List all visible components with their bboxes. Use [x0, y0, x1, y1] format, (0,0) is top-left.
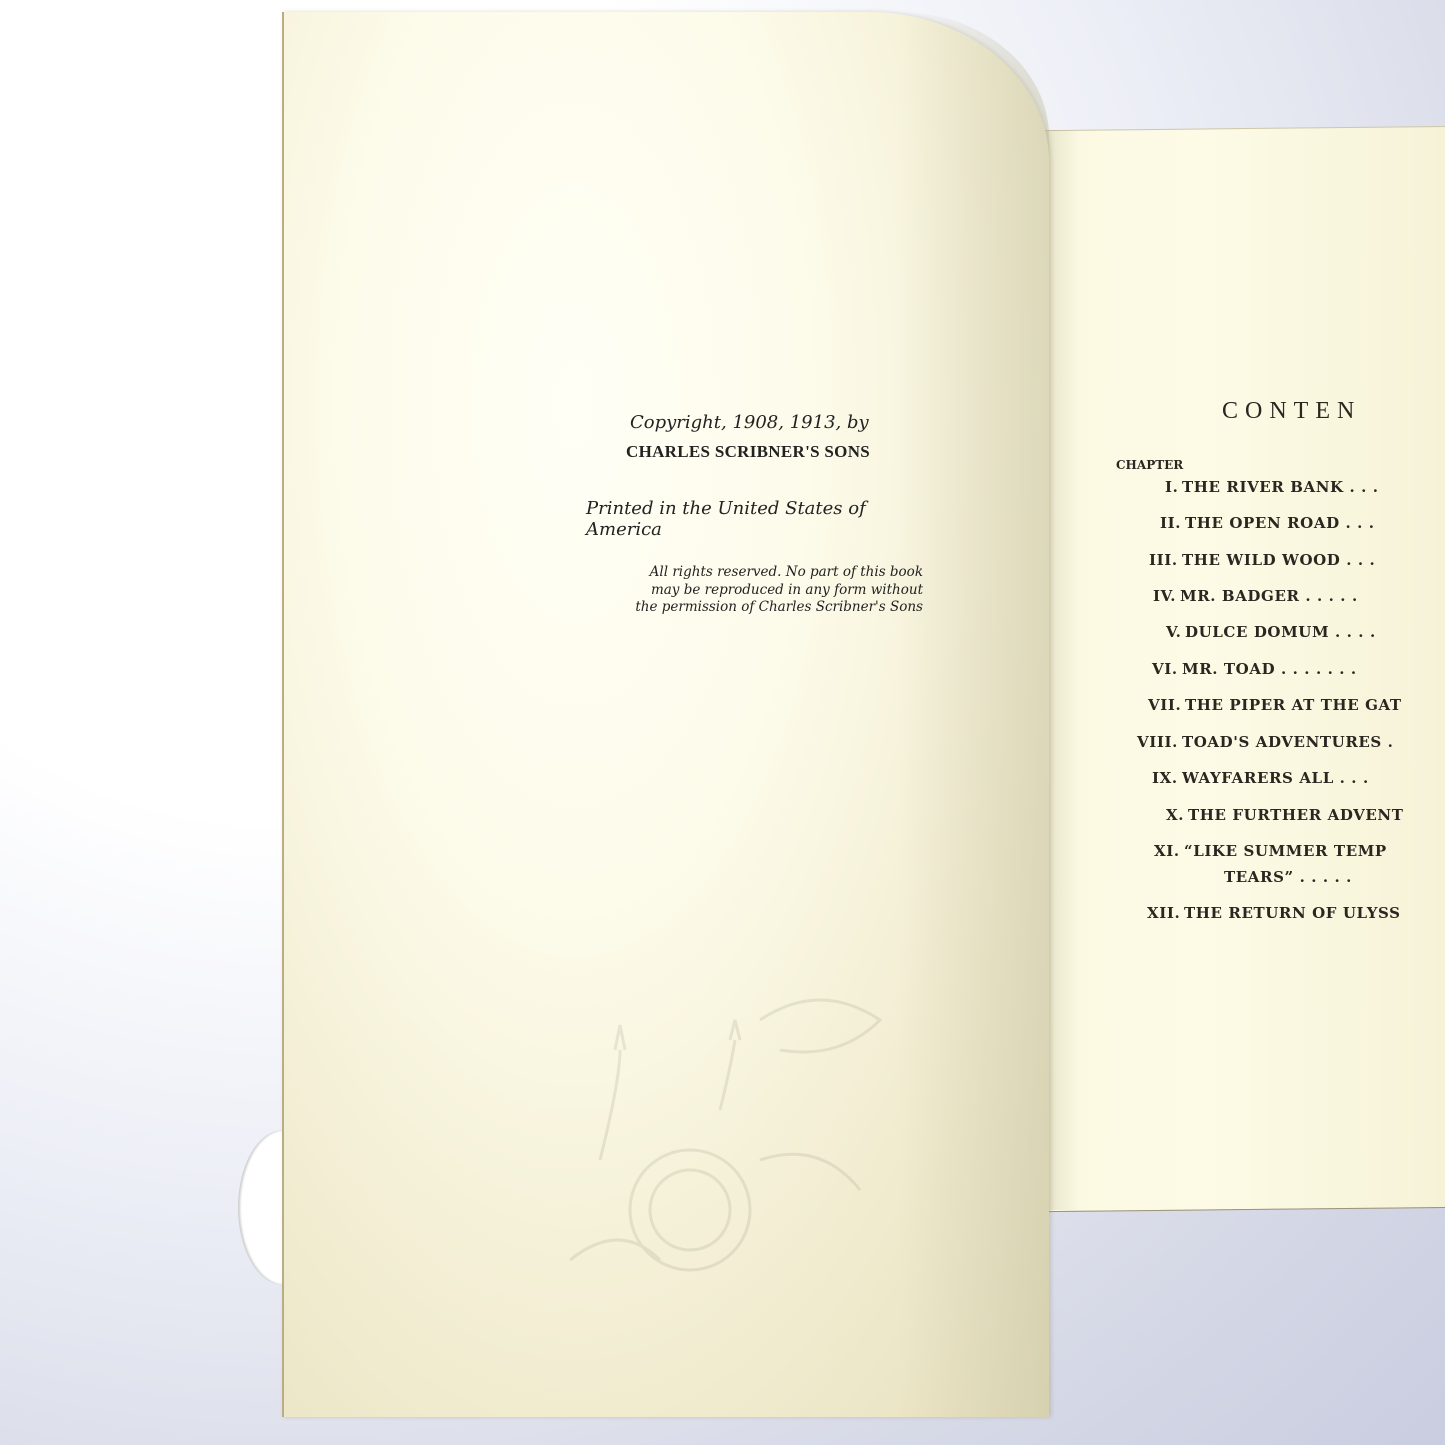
chapter-number: VIII. [1137, 733, 1178, 751]
toc-entry: TEARS” . . . . . [1116, 868, 1445, 896]
chapter-number: I. [1165, 478, 1178, 496]
chapter-title: WAYFARERS ALL . . . [1182, 769, 1369, 787]
publisher-name: CHARLES SCRIBNER'S SONS [626, 442, 870, 462]
chapter-title: THE WILD WOOD . . . [1182, 551, 1375, 569]
chapter-title: THE RIVER BANK . . . [1182, 478, 1379, 496]
rights-notice: All rights reserved. No part of this boo… [605, 564, 923, 617]
rights-line: All rights reserved. No part of this boo… [605, 564, 923, 582]
toc-entry: VI.MR. TOAD . . . . . . . [1116, 660, 1445, 688]
chapter-title: “LIKE SUMMER TEMP [1184, 842, 1387, 860]
rights-line: the permission of Charles Scribner's Son… [605, 599, 923, 617]
toc-entry: IV.MR. BADGER . . . . . [1114, 587, 1445, 615]
toc-entry: XII.THE RETURN OF ULYSS [1118, 904, 1445, 932]
toc-entry: V.DULCE DOMUM . . . . [1119, 623, 1445, 651]
toc-entry: VIII.TOAD'S ADVENTURES . [1116, 733, 1445, 761]
chapter-number: X. [1166, 806, 1184, 824]
contents-heading: CONTEN [1222, 398, 1361, 425]
chapter-title: TOAD'S ADVENTURES . [1182, 733, 1394, 751]
copyright-line: Copyright, 1908, 1913, by [630, 412, 869, 433]
chapter-number: IX. [1152, 769, 1178, 787]
chapter-number: II. [1160, 514, 1181, 532]
toc-entry: III.THE WILD WOOD . . . [1116, 551, 1445, 579]
chapter-title: DULCE DOMUM . . . . [1185, 623, 1376, 641]
chapter-number: XI. [1154, 842, 1180, 860]
chapter-title: MR. TOAD . . . . . . . [1182, 660, 1357, 678]
chapter-number: V. [1166, 623, 1181, 641]
chapter-label: CHAPTER [1116, 458, 1183, 472]
toc-entry: VII.THE PIPER AT THE GAT [1119, 696, 1445, 724]
chapter-title: TEARS” . . . . . [1224, 868, 1352, 886]
toc-entry: IX.WAYFARERS ALL . . . [1116, 769, 1445, 797]
chapter-number: VII. [1148, 696, 1181, 714]
chapter-title: THE FURTHER ADVENT [1188, 806, 1404, 824]
chapter-title: THE PIPER AT THE GAT [1185, 696, 1402, 714]
show-through-illustration [560, 960, 900, 1280]
chapter-number: IV. [1153, 587, 1176, 605]
toc-entry: XI.“LIKE SUMMER TEMP [1118, 842, 1445, 870]
chapter-number: VI. [1152, 660, 1178, 678]
chapter-title: THE RETURN OF ULYSS [1184, 904, 1401, 922]
rights-line: may be reproduced in any form without [605, 582, 923, 600]
chapter-title: THE OPEN ROAD . . . [1185, 514, 1375, 532]
toc-entry: I.THE RIVER BANK . . . [1116, 478, 1445, 506]
toc-entry: II.THE OPEN ROAD . . . [1119, 514, 1445, 542]
chapter-title: MR. BADGER . . . . . [1180, 587, 1358, 605]
chapter-number: III. [1149, 551, 1178, 569]
toc-entry: X.THE FURTHER ADVENT [1122, 806, 1445, 834]
book-photo: Copyright, 1908, 1913, by CHARLES SCRIBN… [0, 0, 1445, 1445]
printed-in-line: Printed in the United States of America [586, 498, 940, 540]
chapter-number: XII. [1147, 904, 1180, 922]
